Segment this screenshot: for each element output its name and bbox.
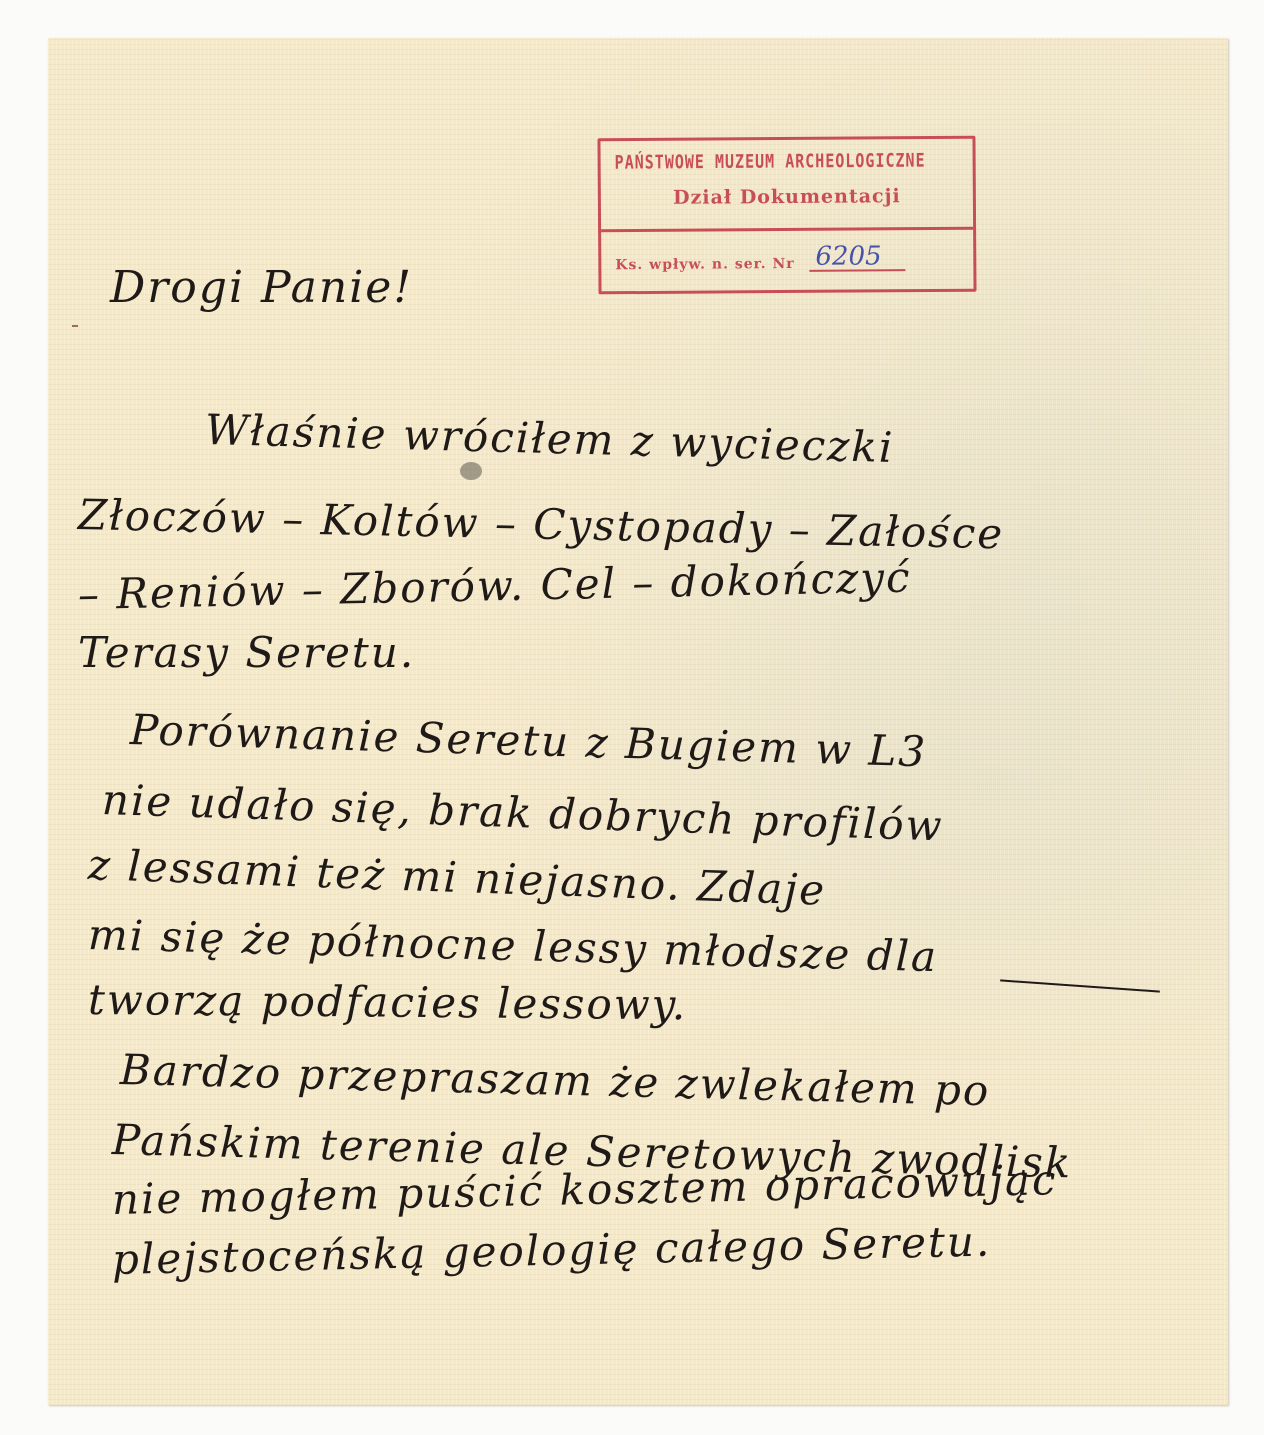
stamp-register-row: Ks. wpływ. n. ser. Nr 6205 [615, 243, 963, 277]
stamp-register-number: 6205 [809, 243, 905, 272]
stamp-register-label: Ks. wpływ. n. ser. Nr [615, 256, 794, 273]
stamp-institution: PAŃSTWOWE MUZEUM ARCHEOLOGICZNE [615, 149, 963, 174]
ink-blot [460, 462, 482, 480]
scanned-document: PAŃSTWOWE MUZEUM ARCHEOLOGICZNE Dział Do… [0, 0, 1264, 1435]
letter-line: tworzą podfacies lessowy. [88, 975, 688, 1029]
letter-salutation: Drogi Panie! [110, 262, 413, 313]
letter-line: Terasy Seretu. [78, 628, 415, 677]
archive-stamp: PAŃSTWOWE MUZEUM ARCHEOLOGICZNE Dział Do… [597, 136, 976, 295]
stamp-department: Dział Dokumentacji [601, 185, 973, 210]
stamp-header: PAŃSTWOWE MUZEUM ARCHEOLOGICZNE Dział Do… [600, 139, 973, 233]
margin-mark [72, 325, 78, 327]
